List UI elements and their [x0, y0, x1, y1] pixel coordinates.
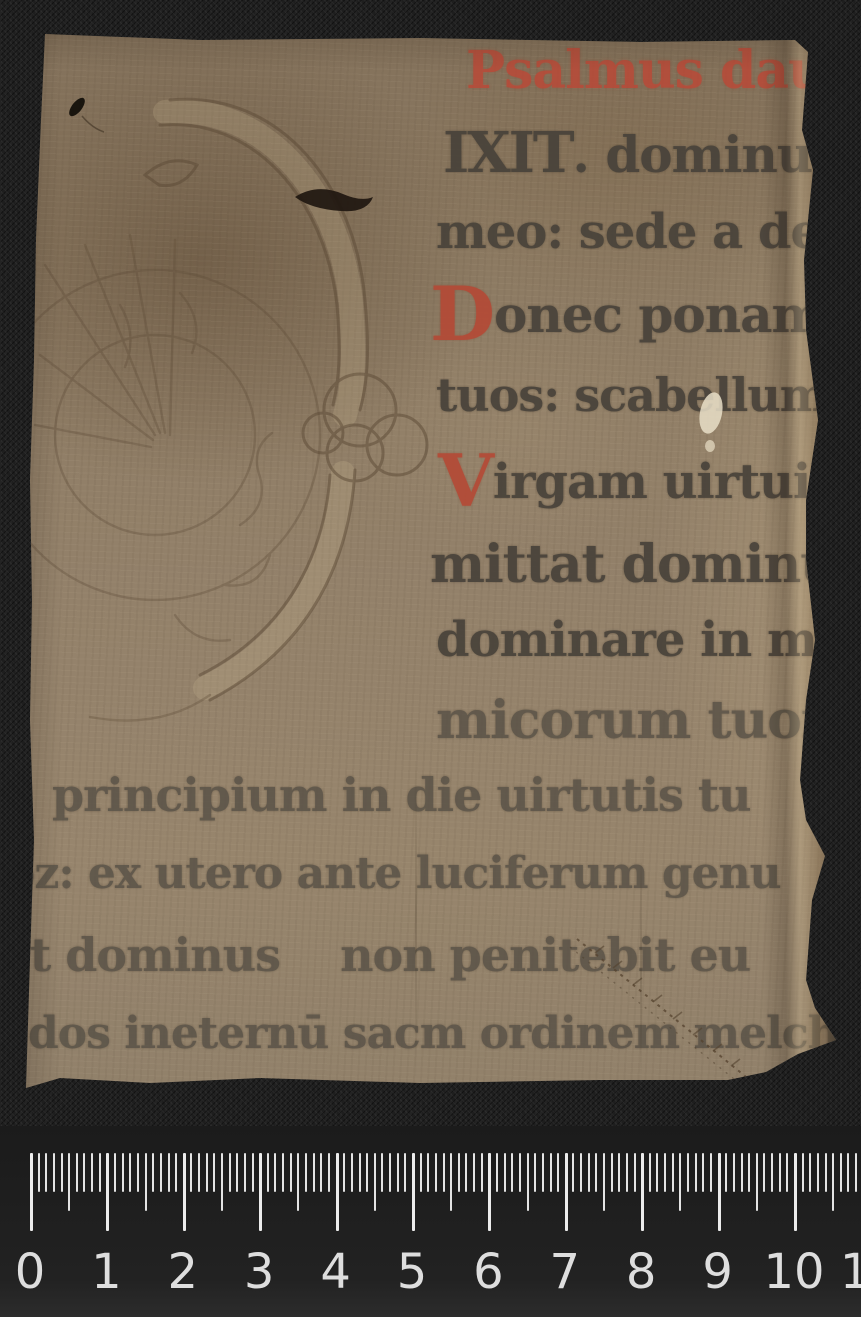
ruler-number: 9	[702, 1244, 733, 1300]
parchment-leaf: Psalmus dauidixit. dominumeo: sede a deD…	[0, 0, 861, 1317]
ruler-number: 7	[550, 1244, 581, 1300]
ruler-number: 1	[91, 1244, 122, 1300]
ruler-number: 0	[15, 1244, 46, 1300]
ruler-number: 2	[168, 1244, 199, 1300]
white-patch-small	[705, 440, 715, 452]
text-run: . dominu	[573, 125, 813, 184]
text-line-9: principium in die uirtutis tu	[52, 768, 751, 822]
text-line-3: Donec ponam i	[430, 284, 858, 344]
ruler-number: 6	[473, 1244, 504, 1300]
text-line-8: micorum tuoru	[436, 690, 861, 751]
text-run: meo: sede a de	[436, 204, 820, 260]
text-run: tuos: scabellum p	[436, 368, 861, 422]
text-run: principium in die uirtutis tu	[52, 768, 751, 822]
text-layer: Psalmus dauidixit. dominumeo: sede a deD…	[0, 0, 861, 1317]
text-run: dominare in me	[436, 612, 846, 668]
text-line-10: oz: ex utero ante luciferum genu	[6, 848, 781, 900]
ruler-numbers: 01234567891011	[0, 1126, 861, 1317]
text-run: Psalmus dauid	[466, 40, 861, 101]
red-initial-letter: D	[430, 270, 494, 358]
ruler: 01234567891011	[0, 1126, 861, 1317]
ruler-number: 8	[626, 1244, 657, 1300]
text-line-4: tuos: scabellum p	[436, 368, 861, 422]
text-run: oz: ex utero ante luciferum genu	[6, 848, 781, 899]
text-run: mittat dominu	[430, 534, 837, 595]
text-line-6: mittat dominu	[430, 534, 837, 595]
text-run: irgam uirtuis	[493, 454, 836, 510]
ruler-number: 5	[397, 1244, 428, 1300]
text-line-2: meo: sede a de	[436, 204, 820, 261]
manuscript-photo-stage: Psalmus dauidixit. dominumeo: sede a deD…	[0, 0, 861, 1317]
rubric-line: Psalmus dauid	[466, 40, 861, 101]
ruler-number: 4	[320, 1244, 351, 1300]
text-run: micorum tuoru	[436, 690, 861, 751]
text-run: ixit	[443, 120, 573, 186]
ruler-number: 10	[763, 1244, 824, 1300]
crease-line	[640, 840, 642, 1085]
text-line-5: Virgam uirtuis	[438, 452, 836, 511]
crease-line	[415, 760, 417, 1080]
text-line-1: ixit. dominu	[443, 120, 812, 186]
repair-stitches	[555, 925, 765, 1090]
text-line-7: dominare in me	[436, 612, 846, 669]
red-initial-letter: V	[438, 438, 493, 523]
text-run: onec ponam i	[494, 285, 858, 344]
ruler-number: 3	[244, 1244, 275, 1300]
ruler-number: 11	[840, 1244, 861, 1300]
